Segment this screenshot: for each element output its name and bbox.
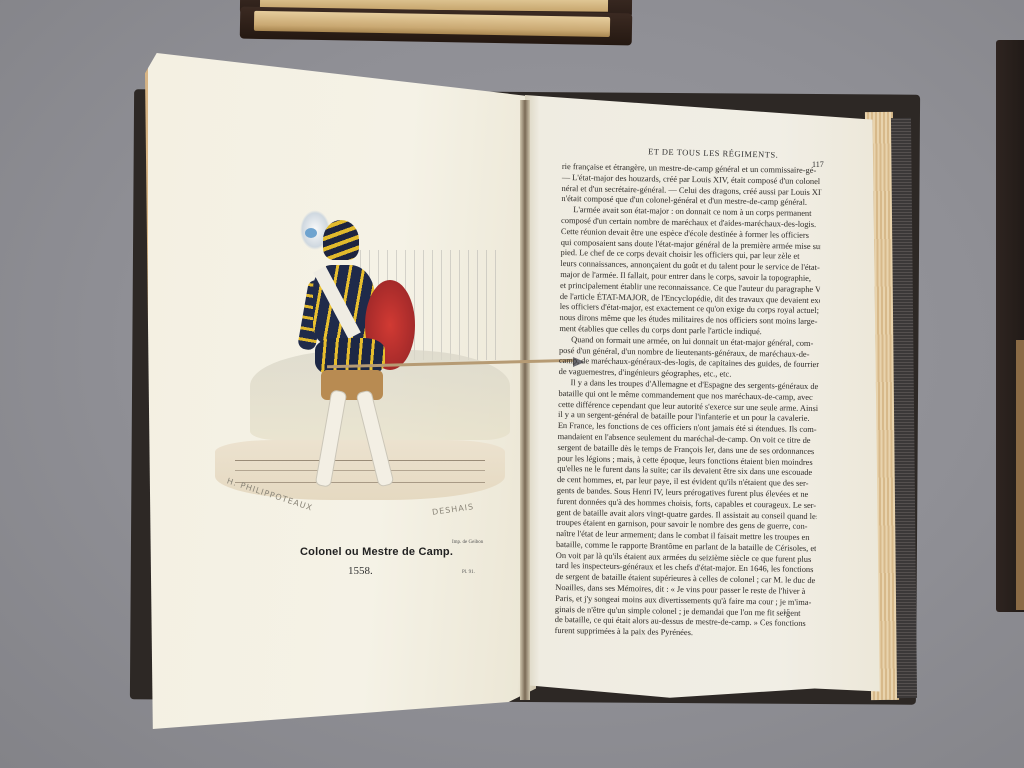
helmet <box>323 220 359 260</box>
soldier-figure <box>295 210 425 500</box>
plate-caption-year: 1558. <box>348 565 373 577</box>
printer-credit: Imp. de Geibon <box>452 540 483 545</box>
body-text: rie française et étrangère, un mestre-de… <box>555 162 822 641</box>
plume-accent <box>305 228 317 238</box>
right-leg <box>356 390 395 488</box>
book-spine-strip <box>1016 340 1024 610</box>
adjacent-book <box>996 40 1024 612</box>
illustration-plate <box>210 200 510 520</box>
page-edge <box>254 11 610 37</box>
left-leg <box>315 389 348 487</box>
plate-number: Pl. 91. <box>462 570 475 575</box>
stacked-book-bottom <box>240 7 632 46</box>
plate-caption-title: Colonel ou Mestre de Camp. <box>300 546 453 558</box>
book-gutter <box>520 100 530 700</box>
signature-mark: 15 <box>783 608 790 616</box>
